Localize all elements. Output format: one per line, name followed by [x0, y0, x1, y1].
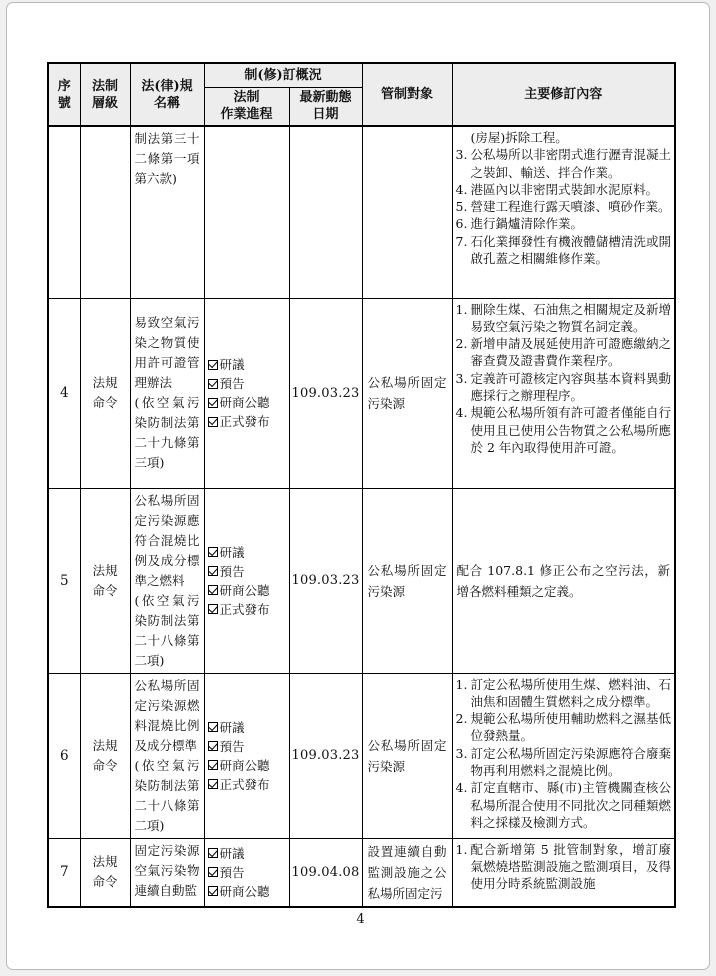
table-row: 5 法規命令 公私場所固定污染源應符合混燒比例及成分標準之燃料 (依空氣污染防制… — [48, 488, 675, 673]
item-text: 規範公私場所領有許可證者僅能自行使用且已使用公告物質之公私場所應於 2 年內取得… — [471, 404, 672, 456]
process-step: 研議 — [208, 543, 287, 562]
cell-content: 配合 107.8.1 修正公布之空污法，新增各燃料種類之定義。 — [452, 488, 675, 673]
table-row: 6 法規命令 公私場所固定污染源燃料混燒比例及成分標準 (依空氣污染防制法第二十… — [48, 673, 675, 838]
item-text: 公私場所以非密閉式進行瀝青混凝土之裝卸、輸送、拌合作業。 — [471, 146, 672, 181]
col-header-content: 主要修訂內容 — [452, 63, 675, 126]
process-step-label: 正式發布 — [220, 412, 270, 431]
process-step: 正式發布 — [208, 600, 287, 619]
process-step-label: 正式發布 — [220, 775, 270, 794]
item-text: 刪除生煤、石油焦之相關規定及新增易致空氣污染之物質名詞定義。 — [471, 301, 672, 336]
amendment-item: 1. 配合新增第 5 批管制對象，增訂廢氣燃燒塔監測設施之監測項目，及得使用分時… — [456, 841, 672, 893]
item-text: 訂定公私場所使用生煤、燃料油、石油焦和固體生質燃料之成分標準。 — [471, 676, 672, 711]
checked-checkbox-icon — [208, 722, 218, 732]
cell-seq: 4 — [48, 298, 80, 488]
process-step: 研商公聽 — [208, 393, 287, 412]
cell-regulation-name: 易致空氣污染之物質使用許可證管理辦法 (依空氣污染防制法第二十九條第三項) — [130, 298, 204, 488]
process-list: 研議 預告 研商公聽 — [208, 718, 287, 794]
cell-target: 設置連續自動監測設施之公私場所固定污 — [362, 838, 452, 907]
item-text: 訂定直轄市、縣(市)主管機關查核公私場所混合使用不同批次之同種類燃料之採樣及檢測… — [471, 779, 672, 831]
checked-checkbox-icon — [208, 760, 218, 770]
page-number: 4 — [47, 912, 674, 927]
cell-content: 1. 訂定公私場所使用生煤、燃料油、石油焦和固體生質燃料之成分標準。 2. 規範… — [452, 673, 675, 838]
checked-checkbox-icon — [208, 779, 218, 789]
checked-checkbox-icon — [208, 867, 218, 877]
cell-date: 109.03.23 — [289, 488, 362, 673]
process-step-label: 研議 — [220, 844, 245, 863]
process-list: 研議 預告 研商公聽 — [208, 355, 287, 431]
checked-checkbox-icon — [208, 585, 218, 595]
checked-checkbox-icon — [208, 604, 218, 614]
item-number: 3. — [456, 370, 471, 405]
cell-date: 109.03.23 — [289, 673, 362, 838]
cell-level: 法規命令 — [80, 838, 130, 907]
document-page: 序 號 法制 層級 法(律)規 名稱 制(修)訂概況 管制對象 主要修訂內容 法… — [6, 2, 710, 970]
amendment-list: 1. 配合新增第 5 批管制對象，增訂廢氣燃燒塔監測設施之監測項目，及得使用分時… — [456, 841, 672, 893]
item-text: 規範公私場所使用輔助燃料之濕基低位發熱量。 — [471, 710, 672, 745]
amendment-item: 2. 新增申請及展延使用許可證應繳納之審查費及證書費作業程序。 — [456, 335, 672, 370]
checked-checkbox-icon — [208, 547, 218, 557]
process-step: 預告 — [208, 737, 287, 756]
regulations-table: 序 號 法制 層級 法(律)規 名稱 制(修)訂概況 管制對象 主要修訂內容 法… — [47, 62, 676, 908]
item-text: 配合新增第 5 批管制對象，增訂廢氣燃燒塔監測設施之監測項目，及得使用分時系統監… — [471, 841, 672, 893]
amendment-item: 3. 定義許可證核定內容與基本資料異動應採行之辦理程序。 — [456, 370, 672, 405]
col-header-seq: 序 號 — [48, 63, 80, 126]
amendment-list: 1. 訂定公私場所使用生煤、燃料油、石油焦和固體生質燃料之成分標準。 2. 規範… — [456, 676, 672, 832]
cell-process: 研議 預告 研商公聽 — [204, 838, 289, 907]
cell-level: 法規命令 — [80, 298, 130, 488]
item-number: 3. — [456, 146, 471, 181]
process-step-label: 研議 — [220, 355, 245, 374]
cell-date — [289, 126, 362, 298]
process-step: 研商公聽 — [208, 581, 287, 600]
amendment-item: 1. 刪除生煤、石油焦之相關規定及新增易致空氣污染之物質名詞定義。 — [456, 301, 672, 336]
process-step: 預告 — [208, 863, 287, 882]
process-step-label: 研商公聽 — [220, 882, 270, 901]
cell-target: 公私場所固定污染源 — [362, 488, 452, 673]
cell-level — [80, 126, 130, 298]
process-step-label: 正式發布 — [220, 600, 270, 619]
cell-seq: 7 — [48, 838, 80, 907]
process-step: 預告 — [208, 374, 287, 393]
cell-seq: 5 — [48, 488, 80, 673]
item-text: 營建工程進行露天噴漆、噴砂作業。 — [471, 198, 672, 215]
process-step-label: 預告 — [220, 737, 245, 756]
process-step: 研議 — [208, 355, 287, 374]
col-header-name: 法(律)規 名稱 — [130, 63, 204, 126]
amendment-list: 1. 刪除生煤、石油焦之相關規定及新增易致空氣污染之物質名詞定義。 2. 新增申… — [456, 301, 672, 457]
item-number: 7. — [456, 233, 471, 268]
item-text: 新增申請及展延使用許可證應繳納之審查費及證書費作業程序。 — [471, 335, 672, 370]
checked-checkbox-icon — [208, 848, 218, 858]
table-row: 制法第三十二條第一項第六款) (房屋)拆除工程。 — [48, 126, 675, 298]
col-header-process: 法制 作業進程 — [204, 87, 289, 126]
process-step: 預告 — [208, 562, 287, 581]
checked-checkbox-icon — [208, 417, 218, 427]
amendment-item: 7. 石化業揮發性有機液體儲槽清洗或開啟孔蓋之相關維修作業。 — [456, 233, 672, 268]
item-number: 4. — [456, 404, 471, 456]
cell-process: 研議 預告 研商公聽 — [204, 488, 289, 673]
amendment-item: 4. 訂定直轄市、縣(市)主管機關查核公私場所混合使用不同批次之同種類燃料之採樣… — [456, 779, 672, 831]
col-header-overview: 制(修)訂概況 — [204, 63, 362, 87]
cell-content: 1. 刪除生煤、石油焦之相關規定及新增易致空氣污染之物質名詞定義。 2. 新增申… — [452, 298, 675, 488]
cell-regulation-name: 固定污染源空氣污染物連續自動監 — [130, 838, 204, 907]
table-header: 序 號 法制 層級 法(律)規 名稱 制(修)訂概況 管制對象 主要修訂內容 法… — [48, 63, 675, 126]
item-number: 5. — [456, 198, 471, 215]
process-step-label: 預告 — [220, 374, 245, 393]
cell-regulation-name: 公私場所固定污染源燃料混燒比例及成分標準 (依空氣污染防制法第二十八條第二項) — [130, 673, 204, 838]
cell-process: 研議 預告 研商公聽 — [204, 673, 289, 838]
col-header-target: 管制對象 — [362, 63, 452, 126]
cell-level: 法規命令 — [80, 673, 130, 838]
cell-target — [362, 126, 452, 298]
cell-level: 法規命令 — [80, 488, 130, 673]
process-step-label: 研商公聽 — [220, 393, 270, 412]
cell-seq — [48, 126, 80, 298]
process-list: 研議 預告 研商公聽 — [208, 844, 287, 901]
process-step-label: 預告 — [220, 863, 245, 882]
checked-checkbox-icon — [208, 741, 218, 751]
item-number: 3. — [456, 745, 471, 780]
table-row: 4 法規命令 易致空氣污染之物質使用許可證管理辦法 (依空氣污染防制法第二十九條… — [48, 298, 675, 488]
item-text: (房屋)拆除工程。 — [471, 129, 672, 146]
checked-checkbox-icon — [208, 566, 218, 576]
cell-content: 1. 配合新增第 5 批管制對象，增訂廢氣燃燒塔監測設施之監測項目，及得使用分時… — [452, 838, 675, 907]
cell-target: 公私場所固定污染源 — [362, 673, 452, 838]
amendment-item: 6. 進行鍋爐清除作業。 — [456, 215, 672, 232]
item-number: 4. — [456, 181, 471, 198]
cell-regulation-name: 公私場所固定污染源應符合混燒比例及成分標準之燃料 (依空氣污染防制法第二十八條第… — [130, 488, 204, 673]
cell-date: 109.03.23 — [289, 298, 362, 488]
process-step: 研議 — [208, 844, 287, 863]
amendment-item: 4. 規範公私場所領有許可證者僅能自行使用且已使用公告物質之公私場所應於 2 年… — [456, 404, 672, 456]
process-step-label: 研議 — [220, 543, 245, 562]
amendment-item: (房屋)拆除工程。 — [456, 129, 672, 146]
cell-seq: 6 — [48, 673, 80, 838]
process-step-label: 研商公聽 — [220, 756, 270, 775]
col-header-date: 最新動態 日期 — [289, 87, 362, 126]
process-step-label: 研議 — [220, 718, 245, 737]
amendment-item: 5. 營建工程進行露天噴漆、噴砂作業。 — [456, 198, 672, 215]
process-step: 正式發布 — [208, 775, 287, 794]
process-step-label: 預告 — [220, 562, 245, 581]
process-list: 研議 預告 研商公聽 — [208, 543, 287, 619]
cell-target: 公私場所固定污染源 — [362, 298, 452, 488]
cell-content: (房屋)拆除工程。 3. 公私場所以非密閉式進行瀝青混凝土之裝卸、輸送、拌合作業… — [452, 126, 675, 298]
amendment-item: 1. 訂定公私場所使用生煤、燃料油、石油焦和固體生質燃料之成分標準。 — [456, 676, 672, 711]
item-number: 2. — [456, 710, 471, 745]
amendment-item: 4. 港區內以非密閉式裝卸水泥原料。 — [456, 181, 672, 198]
cell-process: 研議 預告 研商公聽 — [204, 298, 289, 488]
item-text: 訂定公私場所固定污染源應符合廢棄物再利用燃料之混燒比例。 — [471, 745, 672, 780]
item-number: 4. — [456, 779, 471, 831]
checked-checkbox-icon — [208, 379, 218, 389]
item-text: 定義許可證核定內容與基本資料異動應採行之辦理程序。 — [471, 370, 672, 405]
process-step: 研議 — [208, 718, 287, 737]
item-number: 1. — [456, 676, 471, 711]
amendment-item: 3. 公私場所以非密閉式進行瀝青混凝土之裝卸、輸送、拌合作業。 — [456, 146, 672, 181]
process-step-label: 研商公聽 — [220, 581, 270, 600]
cell-process — [204, 126, 289, 298]
process-step: 研商公聽 — [208, 756, 287, 775]
cell-regulation-name: 制法第三十二條第一項第六款) — [130, 126, 204, 298]
item-number — [456, 129, 471, 146]
page-content: 序 號 法制 層級 法(律)規 名稱 制(修)訂概況 管制對象 主要修訂內容 法… — [47, 62, 674, 927]
cell-date: 109.04.08 — [289, 838, 362, 907]
amendment-list: (房屋)拆除工程。 3. 公私場所以非密閉式進行瀝青混凝土之裝卸、輸送、拌合作業… — [456, 129, 672, 267]
checked-checkbox-icon — [208, 398, 218, 408]
col-header-level: 法制 層級 — [80, 63, 130, 126]
item-text: 進行鍋爐清除作業。 — [471, 215, 672, 232]
checked-checkbox-icon — [208, 360, 218, 370]
amendment-item: 3. 訂定公私場所固定污染源應符合廢棄物再利用燃料之混燒比例。 — [456, 745, 672, 780]
item-number: 1. — [456, 301, 471, 336]
table-row: 7 法規命令 固定污染源空氣污染物連續自動監 研議 — [48, 838, 675, 907]
item-text: 石化業揮發性有機液體儲槽清洗或開啟孔蓋之相關維修作業。 — [471, 233, 672, 268]
item-number: 6. — [456, 215, 471, 232]
process-step: 正式發布 — [208, 412, 287, 431]
checked-checkbox-icon — [208, 886, 218, 896]
item-number: 2. — [456, 335, 471, 370]
item-text: 港區內以非密閉式裝卸水泥原料。 — [471, 181, 672, 198]
item-number: 1. — [456, 841, 471, 893]
amendment-item: 2. 規範公私場所使用輔助燃料之濕基低位發熱量。 — [456, 710, 672, 745]
process-step: 研商公聽 — [208, 882, 287, 901]
